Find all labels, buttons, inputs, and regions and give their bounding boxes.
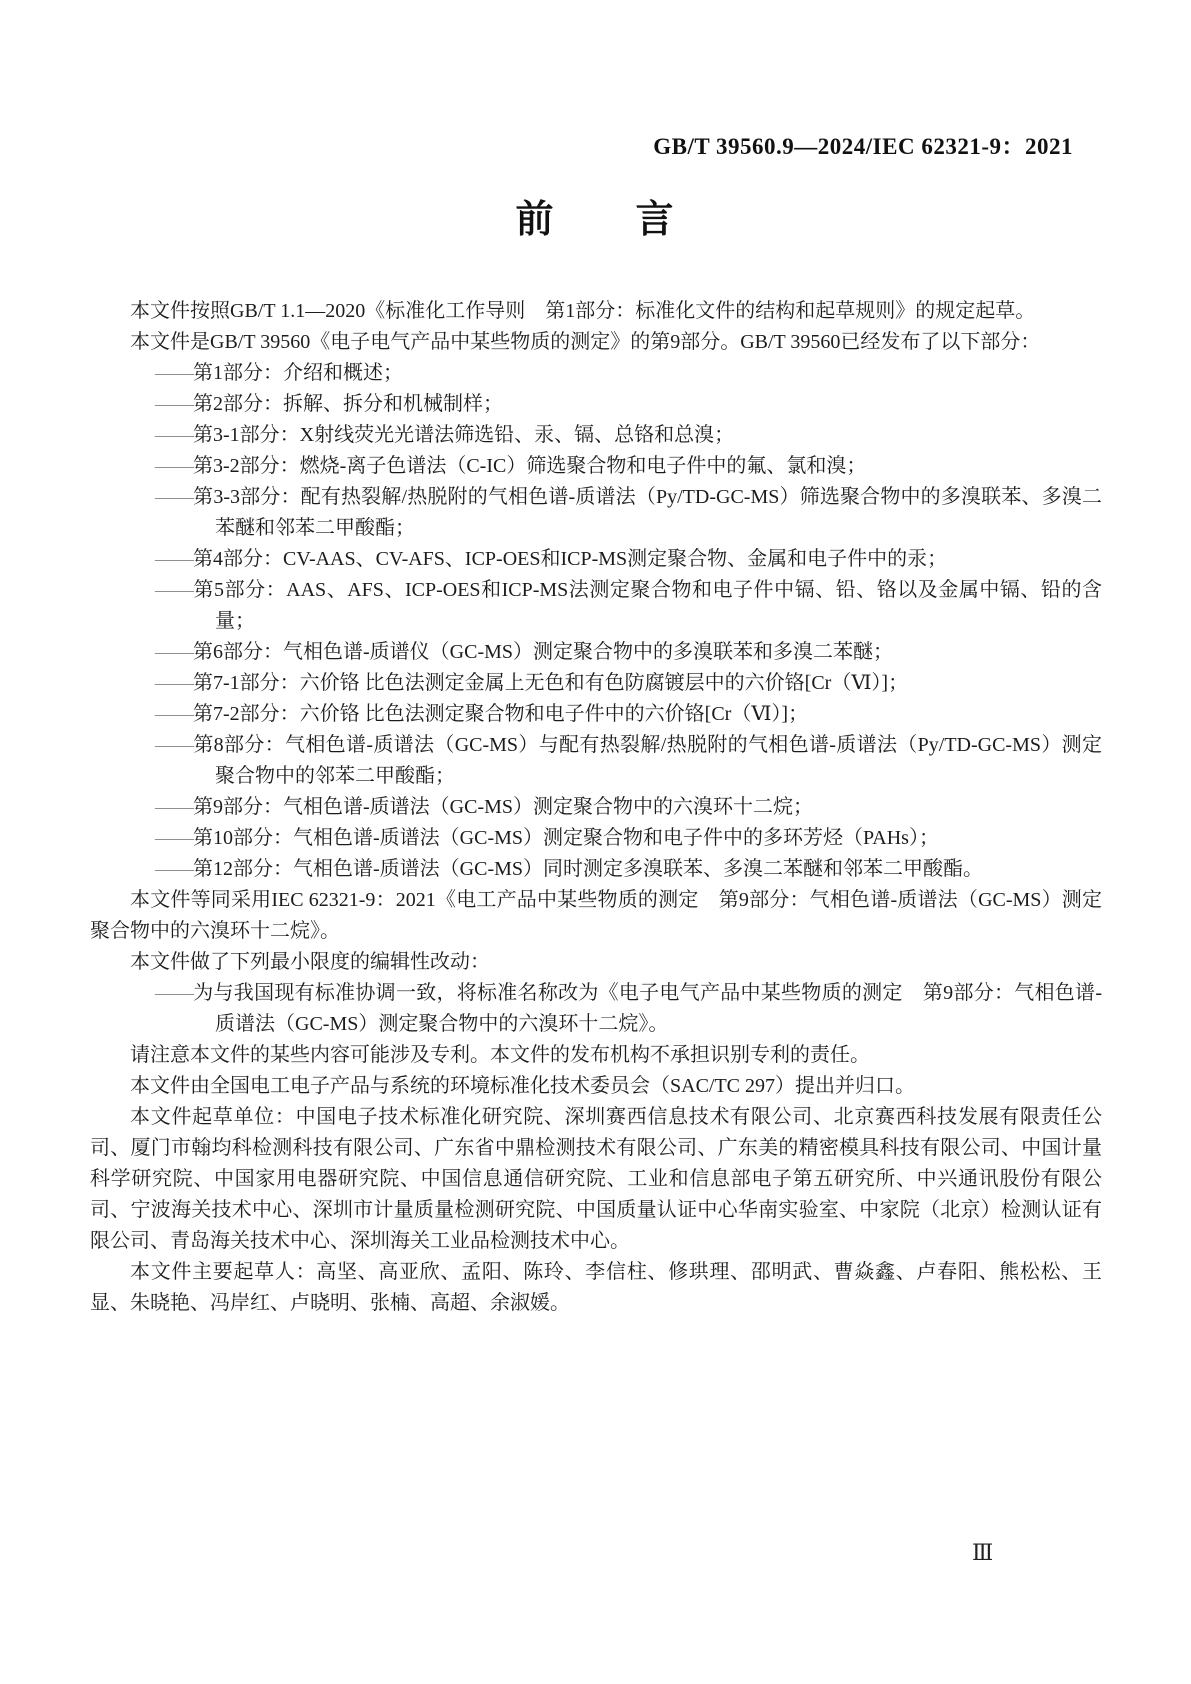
paragraph-drafting-units: 本文件起草单位：中国电子技术标准化研究院、深圳赛西信息技术有限公司、北京赛西科技… [90,1102,1102,1257]
list-item-text: 第10部分：气相色谱-质谱法（GC-MS）测定聚合物和电子件中的多环芳烃（PAH… [193,827,939,849]
paragraph-patent-notice: 请注意本文件的某些内容可能涉及专利。本文件的发布机构不承担识别专利的责任。 [90,1040,1102,1071]
list-dash: —— [155,424,193,446]
list-item: ——第10部分：气相色谱-质谱法（GC-MS）测定聚合物和电子件中的多环芳烃（P… [90,823,1102,854]
list-item: ——第3-3部分：配有热裂解/热脱附的气相色谱-质谱法（Py/TD-GC-MS）… [90,482,1102,544]
foreword-content: 本文件按照GB/T 1.1—2020《标准化工作导则 第1部分：标准化文件的结构… [90,296,1102,1319]
page-title: 前 言 [0,188,1191,243]
list-dash: —— [155,548,193,570]
list-item: ——第7-1部分：六价铬 比色法测定金属上无色和有色防腐镀层中的六价铬[Cr（Ⅵ… [90,668,1102,699]
paragraph-basis: 本文件按照GB/T 1.1—2020《标准化工作导则 第1部分：标准化文件的结构… [90,296,1102,327]
parts-list: ——第1部分：介绍和概述； ——第2部分：拆解、拆分和机械制样； ——第3-1部… [90,358,1102,885]
list-dash: —— [155,858,193,880]
list-item-text: 第3-3部分：配有热裂解/热脱附的气相色谱-质谱法（Py/TD-GC-MS）筛选… [193,486,1102,539]
edit-item-text: 为与我国现有标准协调一致，将标准名称改为《电子电气产品中某些物质的测定 第9部分… [193,982,1102,1035]
list-item: ——第9部分：气相色谱-质谱法（GC-MS）测定聚合物中的六溴环十二烷； [90,792,1102,823]
list-item-text: 第6部分：气相色谱-质谱仪（GC-MS）测定聚合物中的多溴联苯和多溴二苯醚； [193,641,893,663]
list-item: ——第2部分：拆解、拆分和机械制样； [90,389,1102,420]
list-item-text: 第4部分：CV-AAS、CV-AFS、ICP-OES和ICP-MS测定聚合物、金… [193,548,947,570]
list-item-text: 第3-2部分：燃烧-离子色谱法（C-IC）筛选聚合物和电子件中的氟、氯和溴； [193,455,866,477]
list-dash: —— [155,362,193,384]
paragraph-drafters: 本文件主要起草人：高坚、高亚欣、孟阳、陈玲、李信柱、修珙理、邵明武、曹焱鑫、卢春… [90,1257,1102,1319]
list-item: ——第1部分：介绍和概述； [90,358,1102,389]
list-dash: —— [155,579,193,601]
list-dash: —— [155,734,193,756]
list-item: ——第6部分：气相色谱-质谱仪（GC-MS）测定聚合物中的多溴联苯和多溴二苯醚； [90,637,1102,668]
list-item: ——第4部分：CV-AAS、CV-AFS、ICP-OES和ICP-MS测定聚合物… [90,544,1102,575]
list-dash: —— [155,672,193,694]
list-dash: —— [155,796,193,818]
list-dash: —— [155,982,193,1004]
list-dash: —— [155,393,193,415]
edit-list-item: ——为与我国现有标准协调一致，将标准名称改为《电子电气产品中某些物质的测定 第9… [90,978,1102,1040]
list-item-text: 第1部分：介绍和概述； [193,362,403,384]
document-page: GB/T 39560.9—2024/IEC 62321-9：2021 前 言 本… [0,0,1191,1684]
list-dash: —— [155,703,193,725]
list-item: ——第5部分：AAS、AFS、ICP-OES和ICP-MS法测定聚合物和电子件中… [90,575,1102,637]
list-item: ——第3-2部分：燃烧-离子色谱法（C-IC）筛选聚合物和电子件中的氟、氯和溴； [90,451,1102,482]
list-dash: —— [155,486,193,508]
list-item-text: 第5部分：AAS、AFS、ICP-OES和ICP-MS法测定聚合物和电子件中镉、… [193,579,1102,632]
list-item-text: 第2部分：拆解、拆分和机械制样； [193,393,503,415]
list-item-text: 第3-1部分：X射线荧光光谱法筛选铅、汞、镉、总铬和总溴； [193,424,734,446]
paragraph-adoption: 本文件等同采用IEC 62321-9：2021《电工产品中某些物质的测定 第9部… [90,885,1102,947]
list-item: ——第12部分：气相色谱-质谱法（GC-MS）同时测定多溴联苯、多溴二苯醚和邻苯… [90,854,1102,885]
paragraph-committee: 本文件由全国电工电子产品与系统的环境标准化技术委员会（SAC/TC 297）提出… [90,1071,1102,1102]
list-item-text: 第12部分：气相色谱-质谱法（GC-MS）同时测定多溴联苯、多溴二苯醚和邻苯二甲… [193,858,983,880]
list-dash: —— [155,455,193,477]
list-item-text: 第7-1部分：六价铬 比色法测定金属上无色和有色防腐镀层中的六价铬[Cr（Ⅵ）]… [193,672,908,694]
list-item: ——第3-1部分：X射线荧光光谱法筛选铅、汞、镉、总铬和总溴； [90,420,1102,451]
paragraph-series-intro: 本文件是GB/T 39560《电子电气产品中某些物质的测定》的第9部分。GB/T… [90,327,1102,358]
list-dash: —— [155,827,193,849]
page-number: Ⅲ [972,1540,993,1566]
paragraph-edits-intro: 本文件做了下列最小限度的编辑性改动： [90,947,1102,978]
list-item-text: 第8部分：气相色谱-质谱法（GC-MS）与配有热裂解/热脱附的气相色谱-质谱法（… [193,734,1102,787]
list-dash: —— [155,641,193,663]
list-item-text: 第7-2部分：六价铬 比色法测定聚合物和电子件中的六价铬[Cr（Ⅵ）]； [193,703,808,725]
list-item: ——第8部分：气相色谱-质谱法（GC-MS）与配有热裂解/热脱附的气相色谱-质谱… [90,730,1102,792]
list-item-text: 第9部分：气相色谱-质谱法（GC-MS）测定聚合物中的六溴环十二烷； [193,796,813,818]
list-item: ——第7-2部分：六价铬 比色法测定聚合物和电子件中的六价铬[Cr（Ⅵ）]； [90,699,1102,730]
standard-doc-number: GB/T 39560.9—2024/IEC 62321-9：2021 [653,128,1073,161]
